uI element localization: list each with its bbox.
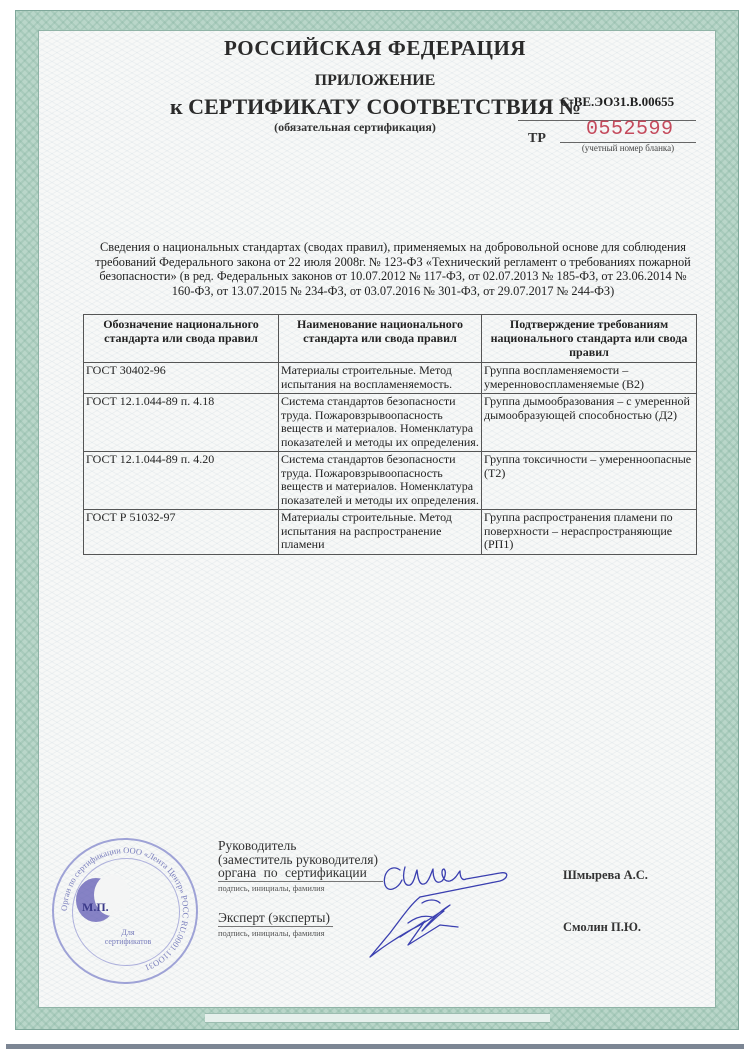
expert-signature-icon	[370, 897, 458, 957]
cell-designation: ГОСТ 30402-96	[84, 363, 279, 394]
handwritten-signatures	[360, 845, 520, 960]
head-signature-line	[218, 881, 383, 882]
cell-designation: ГОСТ 12.1.044-89 п. 4.20	[84, 452, 279, 510]
appendix-title: ПРИЛОЖЕНИЕ	[0, 72, 750, 90]
certificate-title: к СЕРТИФИКАТУ СООТВЕТСТВИЯ №	[170, 94, 581, 120]
blank-number-caption: (учетный номер бланка)	[560, 143, 696, 153]
microtext-strip	[205, 1013, 550, 1023]
table-row: ГОСТ 12.1.044-89 п. 4.20 Система стандар…	[84, 452, 697, 510]
stamp-ring-text: Орган по сертификации ООО «Лента Центр» …	[52, 838, 198, 984]
table-header-row: Обозначение национального стандарта или …	[84, 315, 697, 363]
svg-text:Орган по сертификации ООО «Лен: Орган по сертификации ООО «Лента Центр» …	[59, 845, 191, 973]
expert-signature-line	[218, 926, 333, 927]
table-row: ГОСТ 30402-96 Материалы строительные. Ме…	[84, 363, 697, 394]
standards-table: Обозначение национального стандарта или …	[83, 314, 697, 555]
page-bottom-edge	[6, 1044, 744, 1049]
table-row: ГОСТ 12.1.044-89 п. 4.18 Система стандар…	[84, 394, 697, 452]
cell-confirmation: Группа распространения пламени по поверх…	[482, 510, 697, 555]
cell-designation: ГОСТ 12.1.044-89 п. 4.18	[84, 394, 279, 452]
expert-role: Эксперт (эксперты)	[218, 910, 330, 926]
cell-designation: ГОСТ Р 51032-97	[84, 510, 279, 555]
cell-name: Система стандартов безопасности труда. П…	[279, 394, 482, 452]
head-role-line1: Руководитель	[218, 839, 378, 853]
table-row: ГОСТ Р 51032-97 Материалы строительные. …	[84, 510, 697, 555]
cell-confirmation: Группа токсичности – умеренноопасные (Т2…	[482, 452, 697, 510]
header-confirmation: Подтверждение требованиям национального …	[482, 315, 697, 363]
head-caption: подпись, инициалы, фамилия	[218, 883, 325, 893]
expert-name: Смолин П.Ю.	[563, 920, 641, 935]
head-role: Руководитель (заместитель руководителя) …	[218, 839, 378, 880]
cell-name: Материалы строительные. Метод испытания …	[279, 363, 482, 394]
head-role-line3: органа по сертификации	[218, 866, 378, 880]
blank-number: 0552599	[586, 118, 674, 141]
head-signature-icon	[384, 867, 506, 897]
cell-confirmation: Группа дымообразования – с умеренной дым…	[482, 394, 697, 452]
country-title: РОССИЙСКАЯ ФЕДЕРАЦИЯ	[0, 36, 750, 61]
series-label: ТР	[528, 131, 546, 147]
expert-caption: подпись, инициалы, фамилия	[218, 928, 325, 938]
cell-name: Система стандартов безопасности труда. П…	[279, 452, 482, 510]
head-name: Шмырева А.С.	[563, 868, 648, 883]
cell-name: Материалы строительные. Метод испытания …	[279, 510, 482, 555]
head-role-line2: (заместитель руководителя)	[218, 853, 378, 867]
header-designation: Обозначение национального стандарта или …	[84, 315, 279, 363]
header-name: Наименование национального стандарта или…	[279, 315, 482, 363]
cell-confirmation: Группа воспламеняемости – умеренновоспла…	[482, 363, 697, 394]
certificate-number: С-ВЕ.ЭО31.В.00655	[560, 94, 674, 110]
intro-paragraph: Сведения о национальных стандартах (свод…	[88, 240, 698, 298]
